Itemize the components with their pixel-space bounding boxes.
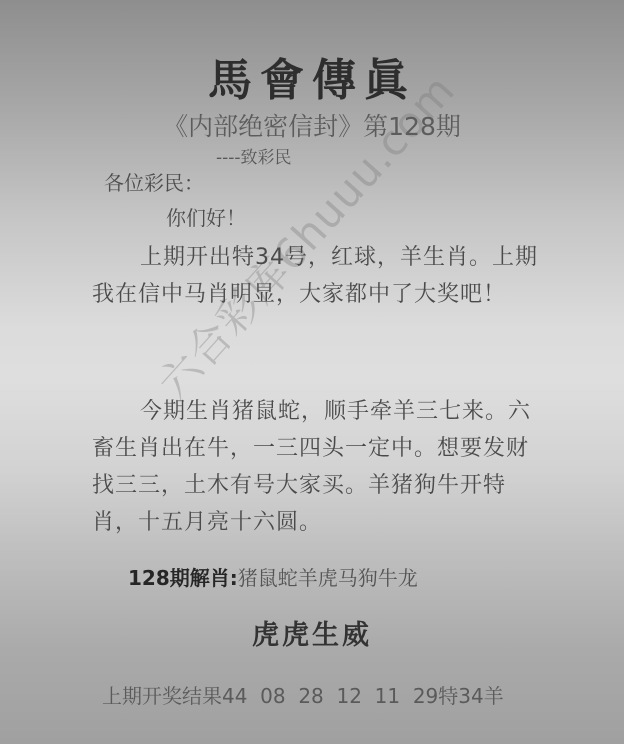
greeting: 你们好！ <box>166 202 246 231</box>
page-title: 馬會傳眞 <box>0 44 624 108</box>
salutation: 各位彩民： <box>104 167 204 196</box>
zodiac-interpretation-label: 128期解肖: <box>128 566 238 590</box>
slogan: 虎虎生威 <box>0 613 624 652</box>
signature-line: ----致彩民 <box>216 143 292 168</box>
zodiac-interpretation-value: 猪鼠蛇羊虎马狗牛龙 <box>238 566 418 590</box>
issue-subtitle: 《内部绝密信封》第128期 <box>0 107 624 143</box>
last-draw-result-text: 上期开奖结果44 08 28 12 11 29特34羊 <box>102 684 504 708</box>
zodiac-interpretation: 128期解肖:猪鼠蛇羊虎马狗牛龙 <box>128 562 418 591</box>
paragraph-this-period: 今期生肖猪鼠蛇，顺手牵羊三七来。六畜生肖出在牛，一三四头一定中。想要发财找三三，… <box>92 393 542 541</box>
last-draw-result: 上期开奖结果44 08 28 12 11 29特34羊 <box>102 680 504 709</box>
paragraph-last-period: 上期开出特34号，红球，羊生肖。上期我在信中马肖明显，大家都中了大奖吧！ <box>92 239 542 313</box>
